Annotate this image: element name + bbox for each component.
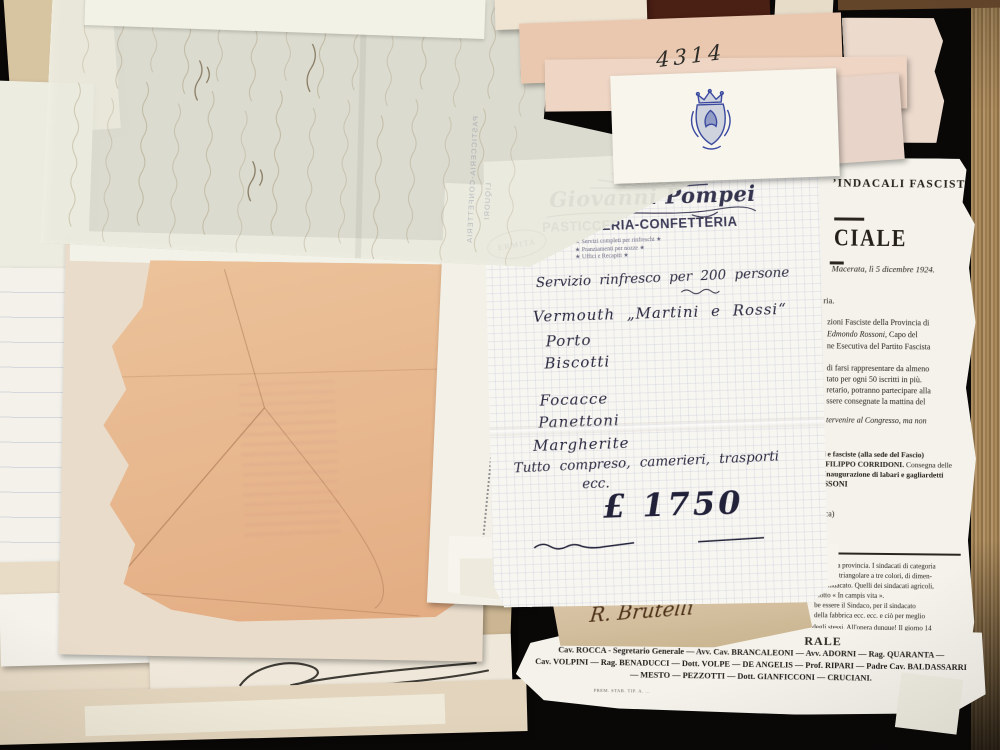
circular-fragment-tail: Capo del	[887, 330, 918, 339]
hw-item: Porto	[545, 331, 591, 350]
circular-small-fragment: della fabbrica ecc. ecc. e ciò per megli…	[814, 611, 925, 620]
paper-corner	[895, 672, 963, 734]
hw-total: £ 1750	[602, 483, 744, 525]
small-print-line: ★ Uffici e Recapiti ★	[575, 252, 662, 262]
hw-item: Vermouth „Martini e Rossi“	[533, 300, 787, 326]
circular-fragment: ne Esecutiva del Partito Fascista	[827, 341, 931, 351]
hw-item: Margherite	[533, 434, 630, 455]
circular-fragment: tato per ogni 50 iscritti in più.	[826, 374, 921, 384]
circular-fragment: retario, potranno partecipare alla	[826, 385, 930, 395]
rule	[834, 217, 864, 220]
circular-title: CIALE	[834, 225, 907, 253]
circular-fragment: i. Inaugurazione di labari e gagliardett…	[817, 469, 943, 479]
corridoni-name: FILIPPO CORRIDONI.	[825, 459, 904, 469]
underline-squiggle	[532, 530, 772, 554]
heraldic-crest-icon	[685, 88, 737, 152]
circular-fragment: di FILIPPO CORRIDONI. Consegna delle	[818, 459, 952, 469]
printer-imprint: PREM. STAB. TIP. A. …	[594, 688, 651, 694]
circular-fragment: Edmondo Rossoni, Capo del	[827, 329, 918, 339]
directorate-heading-right: RALE	[804, 634, 842, 650]
hw-service-line: Servizio rinfresco per 200 persone	[536, 264, 790, 291]
ink-showthrough-smudge	[239, 378, 341, 544]
circular-small-fragment: be essere il Sindaco, per il sindacato	[814, 601, 916, 610]
circular-small-fragment: motto « In campis vita ».	[814, 591, 884, 600]
printed-circular: ’INDACALI FASCISTE CIALE Macerata, lì 5 …	[797, 157, 981, 704]
circular-fragment: tervenire al Congresso, ma non	[826, 415, 927, 425]
hw-item: Focacce	[539, 390, 608, 410]
circular-dateline: Macerata, lì 5 dicembre 1924.	[832, 263, 935, 274]
crest-sheet	[610, 68, 840, 184]
underline-squiggle-small	[680, 286, 720, 295]
letterhead-small-print: ★ Servizi completi per rinfreschi ★ ★ Pr…	[575, 237, 663, 262]
circular-fragment: ria.	[823, 295, 834, 305]
hw-item: Biscotti	[544, 352, 610, 372]
rossoni-name: Edmondo Rossoni,	[827, 329, 887, 339]
circular-fragment: ssere consegnate la mattina del	[826, 396, 925, 406]
photograph-of-documents: ’INDACALI FASCISTE CIALE Macerata, lì 5 …	[0, 0, 1000, 750]
circular-fragment: di farsi rappresentare da almeno	[827, 363, 930, 373]
circular-fragment: ali e fasciste (alla sede del Fascio)	[818, 449, 924, 459]
circular-fragment: zioni Fasciste della Provincia di	[827, 317, 929, 327]
circular-header: ’INDACALI FASCISTE	[833, 177, 975, 190]
kraft-envelope	[90, 259, 467, 624]
fragment-tail: Consegna delle	[904, 460, 952, 470]
